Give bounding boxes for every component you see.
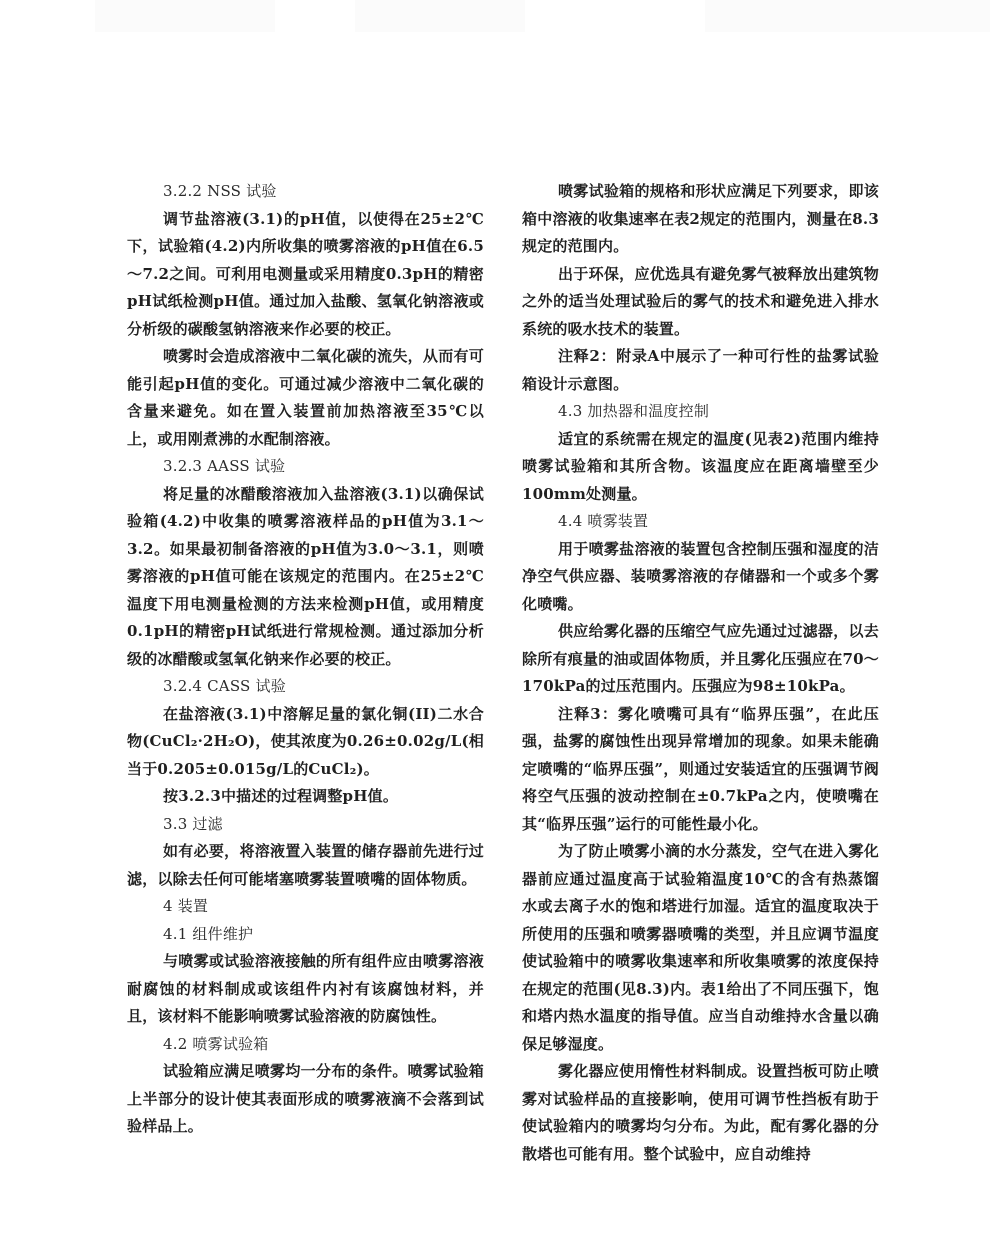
paragraph-compressed-air: 供应给雾化器的压缩空气应先通过过滤器，以去除所有痕量的油或固体物质，并且雾化压强… (522, 618, 879, 701)
section-heading-3-2-4: 3.2.4 CASS 试验 (127, 673, 484, 701)
paragraph-nss-ph: 调节盐溶液(3.1)的pH值，以使得在25±2℃下，试验箱(4.2)内所收集的喷… (127, 206, 484, 344)
paragraph-aass: 将足量的冰醋酸溶液加入盐溶液(3.1)以确保试验箱(4.2)中收集的喷雾溶液样品… (127, 481, 484, 674)
section-heading-4: 4 装置 (127, 893, 484, 921)
paragraph-co2-loss: 喷雾时会造成溶液中二氧化碳的流失，从而有可能引起pH值的变化。可通过减少溶液中二… (127, 343, 484, 453)
section-heading-4-2: 4.2 喷雾试验箱 (127, 1031, 484, 1059)
left-column: 3.2.2 NSS 试验 调节盐溶液(3.1)的pH值，以使得在25±2℃下，试… (127, 178, 484, 1141)
paragraph-spray-device: 用于喷雾盐溶液的装置包含控制压强和湿度的洁净空气供应器、装喷雾溶液的存储器和一个… (522, 536, 879, 619)
paragraph-humidification: 为了防止喷雾小滴的水分蒸发，空气在进入雾化器前应通过温度高于试验箱温度10℃的含… (522, 838, 879, 1058)
paragraph-environmental: 出于环保，应优选具有避免雾气被释放出建筑物之外的适当处理试验后的雾气的技术和避免… (522, 261, 879, 344)
paragraph-cass: 在盐溶液(3.1)中溶解足量的氯化铜(II)二水合物(CuCl₂·2H₂O)，使… (127, 701, 484, 784)
paragraph-atomizer-material: 雾化器应使用惰性材料制成。设置挡板可防止喷雾对试验样品的直接影响，使用可调节性挡… (522, 1058, 879, 1168)
paragraph-adjust-ph: 按3.2.3中描述的过程调整pH值。 (127, 783, 484, 811)
right-column: 喷雾试验箱的规格和形状应满足下列要求，即该箱中溶液的收集速率在表2规定的范围内，… (522, 178, 879, 1168)
paragraph-spray-cabinet: 试验箱应满足喷雾均一分布的条件。喷雾试验箱上半部分的设计使其表面形成的喷雾液滴不… (127, 1058, 484, 1141)
paragraph-cabinet-requirements: 喷雾试验箱的规格和形状应满足下列要求，即该箱中溶液的收集速率在表2规定的范围内，… (522, 178, 879, 261)
faint-header-remnant-left (95, 0, 275, 32)
faint-header-remnant-center (355, 0, 525, 32)
section-heading-4-3: 4.3 加热器和温度控制 (522, 398, 879, 426)
note-2: 注释2：附录A中展示了一种可行性的盐雾试验箱设计示意图。 (522, 343, 879, 398)
section-heading-3-2-3: 3.2.3 AASS 试验 (127, 453, 484, 481)
note-3: 注释3：雾化喷嘴可具有“临界压强”，在此压强，盐雾的腐蚀性出现异常增加的现象。如… (522, 701, 879, 839)
section-heading-3-3: 3.3 过滤 (127, 811, 484, 839)
document-page: 3.2.2 NSS 试验 调节盐溶液(3.1)的pH值，以使得在25±2℃下，试… (0, 0, 990, 1251)
paragraph-component-maintenance: 与喷雾或试验溶液接触的所有组件应由喷雾溶液耐腐蚀的材料制成或该组件内衬有该腐蚀材… (127, 948, 484, 1031)
paragraph-heater: 适宜的系统需在规定的温度(见表2)范围内维持喷雾试验箱和其所含物。该温度应在距离… (522, 426, 879, 509)
paragraph-filtration: 如有必要，将溶液置入装置的储存器前先进行过滤，以除去任何可能堵塞喷雾装置喷嘴的固… (127, 838, 484, 893)
faint-header-remnant-right (705, 0, 990, 32)
section-heading-4-4: 4.4 喷雾装置 (522, 508, 879, 536)
section-heading-3-2-2: 3.2.2 NSS 试验 (127, 178, 484, 206)
section-heading-4-1: 4.1 组件维护 (127, 921, 484, 949)
